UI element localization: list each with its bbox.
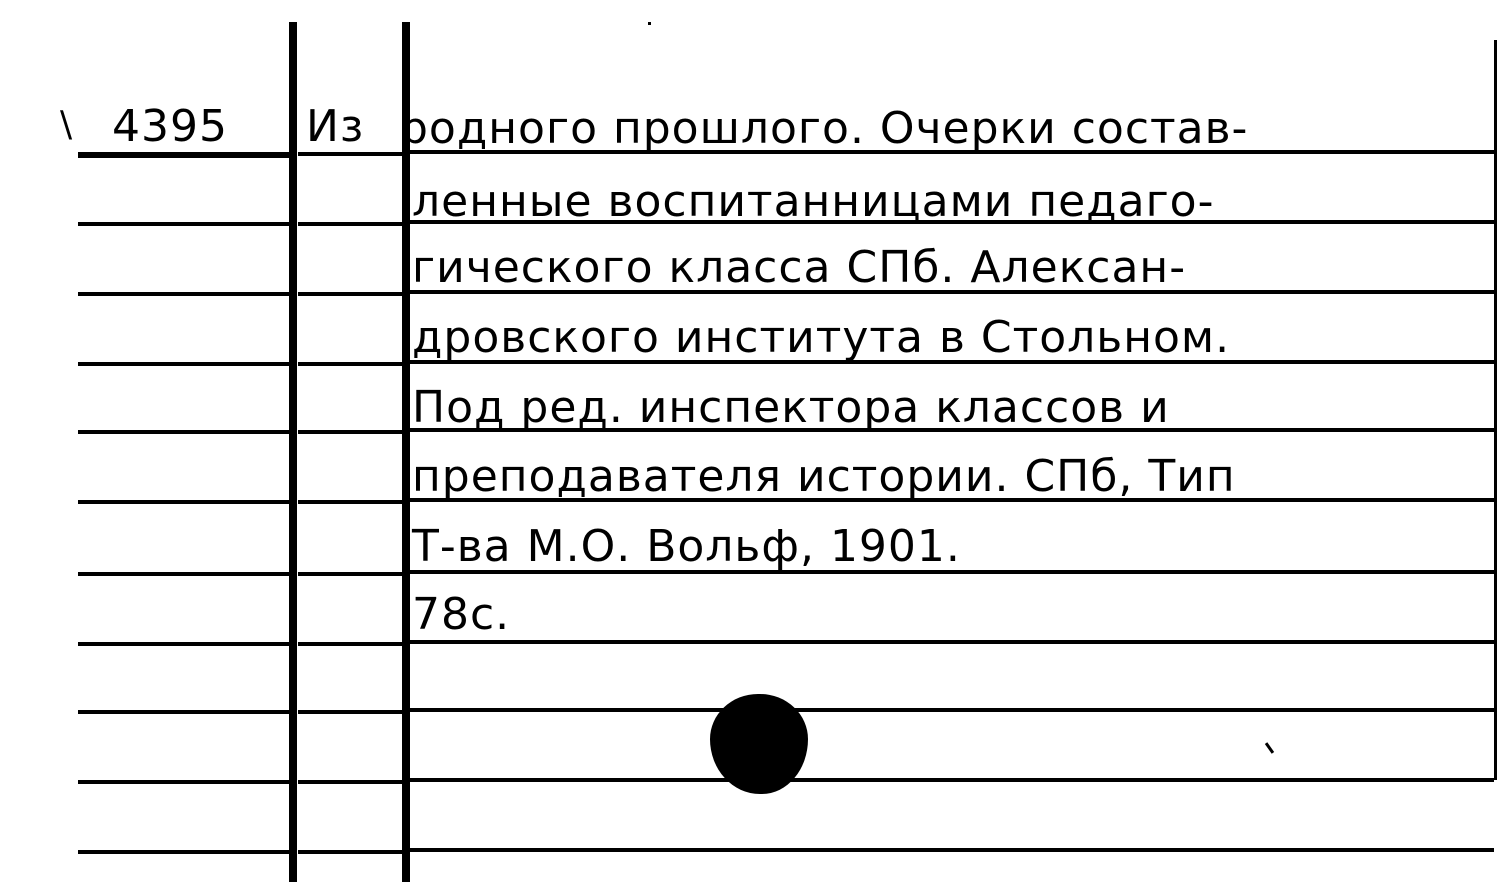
- ruled-line: [78, 430, 290, 434]
- call-number: 4395: [112, 102, 228, 152]
- card-line: дровского института в Стольном.: [412, 313, 1230, 363]
- ruled-line: [298, 780, 402, 784]
- speck: [648, 22, 651, 25]
- ruled-line: [78, 572, 290, 576]
- ruled-line: [78, 780, 290, 784]
- card-line: 78с.: [412, 590, 510, 640]
- ruled-line: [410, 778, 1494, 782]
- ruled-line: [78, 362, 290, 366]
- check-mark: \: [60, 100, 73, 150]
- ruled-line: [410, 848, 1494, 852]
- catalog-card: \ 4395 Из родного прошлого. Очерки соста…: [0, 0, 1504, 888]
- card-line: ленные воспитанницами педаго-: [412, 177, 1214, 227]
- ruled-line: [410, 640, 1494, 644]
- card-right-edge: [1494, 40, 1497, 780]
- ink-blot: [710, 694, 808, 794]
- ruled-line: [298, 152, 402, 156]
- ruled-line: [78, 710, 290, 714]
- card-line: преподавателя истории. СПб, Тип: [412, 452, 1236, 502]
- column-divider-left: [289, 22, 297, 882]
- ruled-line: [298, 642, 402, 646]
- speck: [1265, 742, 1274, 754]
- card-line: родного прошлого. Очерки состав-: [400, 104, 1248, 154]
- ruled-line: [298, 500, 402, 504]
- ruled-line: [298, 222, 402, 226]
- ruled-line: [78, 642, 290, 646]
- ruled-line: [78, 222, 290, 226]
- ruled-line: [298, 850, 402, 854]
- ruled-line: [78, 152, 290, 158]
- ruled-line: [78, 292, 290, 296]
- ruled-line: [298, 292, 402, 296]
- ruled-line: [298, 430, 402, 434]
- ruled-line: [78, 500, 290, 504]
- title-start: Из: [306, 102, 364, 152]
- ruled-line: [298, 710, 402, 714]
- card-line: Т-ва М.О. Вольф, 1901.: [412, 522, 961, 572]
- card-line: Под ред. инспектора классов и: [412, 383, 1170, 433]
- ruled-line: [298, 572, 402, 576]
- ruled-line: [298, 362, 402, 366]
- card-line: гического класса СПб. Алексан-: [412, 243, 1186, 293]
- ruled-line: [78, 850, 290, 854]
- ruled-line: [410, 708, 1494, 712]
